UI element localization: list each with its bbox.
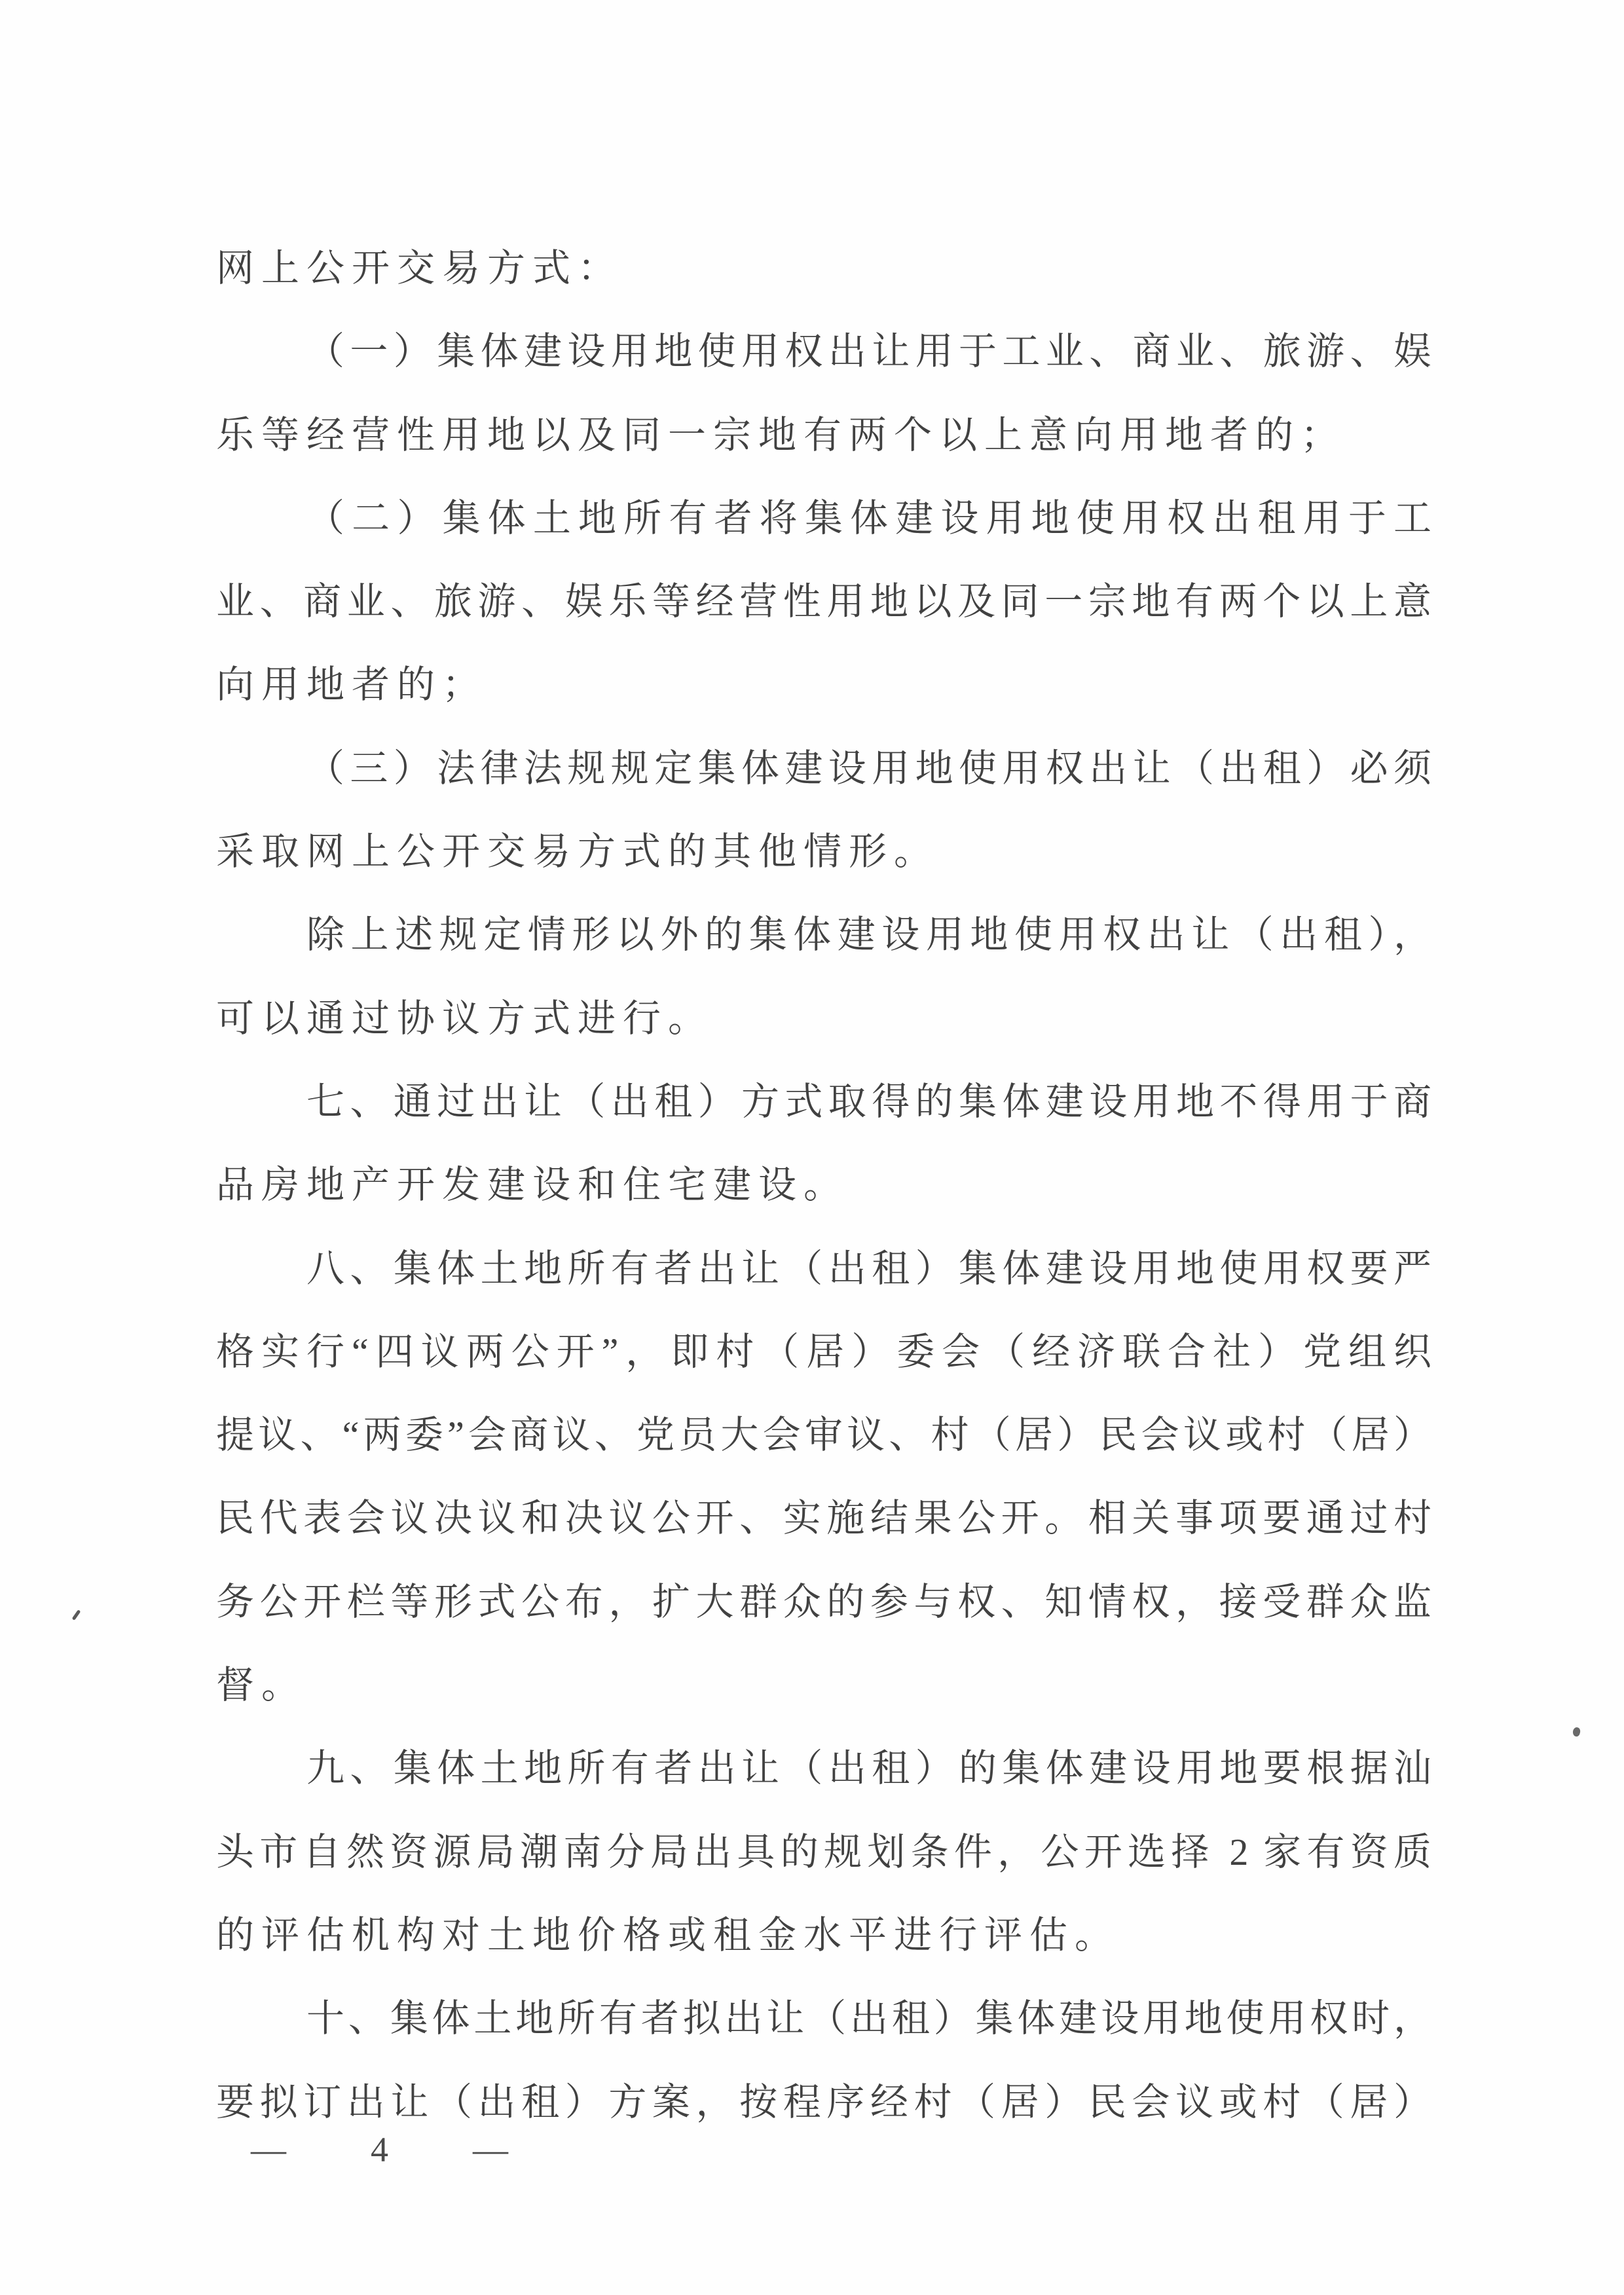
text-line: 十、集体土地所有者拟出让（出租）集体建设用地使用权时， (216, 1977, 1431, 2060)
text-line: 民代表会议决议和决议公开、实施结果公开。相关事项要通过村 (216, 1477, 1431, 1560)
text-line: 向用地者的； (216, 643, 1431, 726)
text-line: 督。 (216, 1643, 1431, 1727)
text-line: 格实行“四议两公开”，即村（居）委会（经济联合社）党组织 (216, 1310, 1431, 1393)
scan-speck (1572, 1727, 1581, 1737)
text-line: 网上公开交易方式： (216, 227, 1431, 310)
text-line: （三）法律法规规定集体建设用地使用权出让（出租）必须 (216, 727, 1431, 810)
text-line: （二）集体土地所有者将集体建设用地使用权出租用于工 (216, 477, 1431, 560)
text-line: 务公开栏等形式公布，扩大群众的参与权、知情权，接受群众监 (216, 1560, 1431, 1643)
text-line: 业、商业、旅游、娱乐等经营性用地以及同一宗地有两个以上意 (216, 560, 1431, 643)
page-number: — 4 — (251, 2130, 509, 2169)
text-line: 除上述规定情形以外的集体建设用地使用权出让（出租）， (216, 893, 1431, 976)
text-line: 可以通过协议方式进行。 (216, 977, 1431, 1060)
text-line: 八、集体土地所有者出让（出租）集体建设用地使用权要严 (216, 1227, 1431, 1310)
text-line: 品房地产开发建设和住宅建设。 (216, 1143, 1431, 1226)
text-line: 采取网上公开交易方式的其他情形。 (216, 810, 1431, 893)
text-line: 乐等经营性用地以及同一宗地有两个以上意向用地者的； (216, 394, 1431, 477)
text-line: 的评估机构对土地价格或租金水平进行评估。 (216, 1894, 1431, 1977)
document-body: 网上公开交易方式： （一）集体建设用地使用权出让用于工业、商业、旅游、娱 乐等经… (216, 227, 1431, 2144)
text-line: 九、集体土地所有者出让（出租）的集体建设用地要根据汕 (216, 1727, 1431, 1810)
text-line: （一）集体建设用地使用权出让用于工业、商业、旅游、娱 (216, 310, 1431, 393)
text-line: 提议、“两委”会商议、党员大会审议、村（居）民会议或村（居） (216, 1393, 1431, 1477)
scan-speck (72, 1609, 81, 1621)
text-line: 七、通过出让（出租）方式取得的集体建设用地不得用于商 (216, 1060, 1431, 1143)
text-line: 头市自然资源局潮南分局出具的规划条件，公开选择 2 家有资质 (216, 1810, 1431, 1894)
document-page: 网上公开交易方式： （一）集体建设用地使用权出让用于工业、商业、旅游、娱 乐等经… (0, 0, 1624, 2295)
